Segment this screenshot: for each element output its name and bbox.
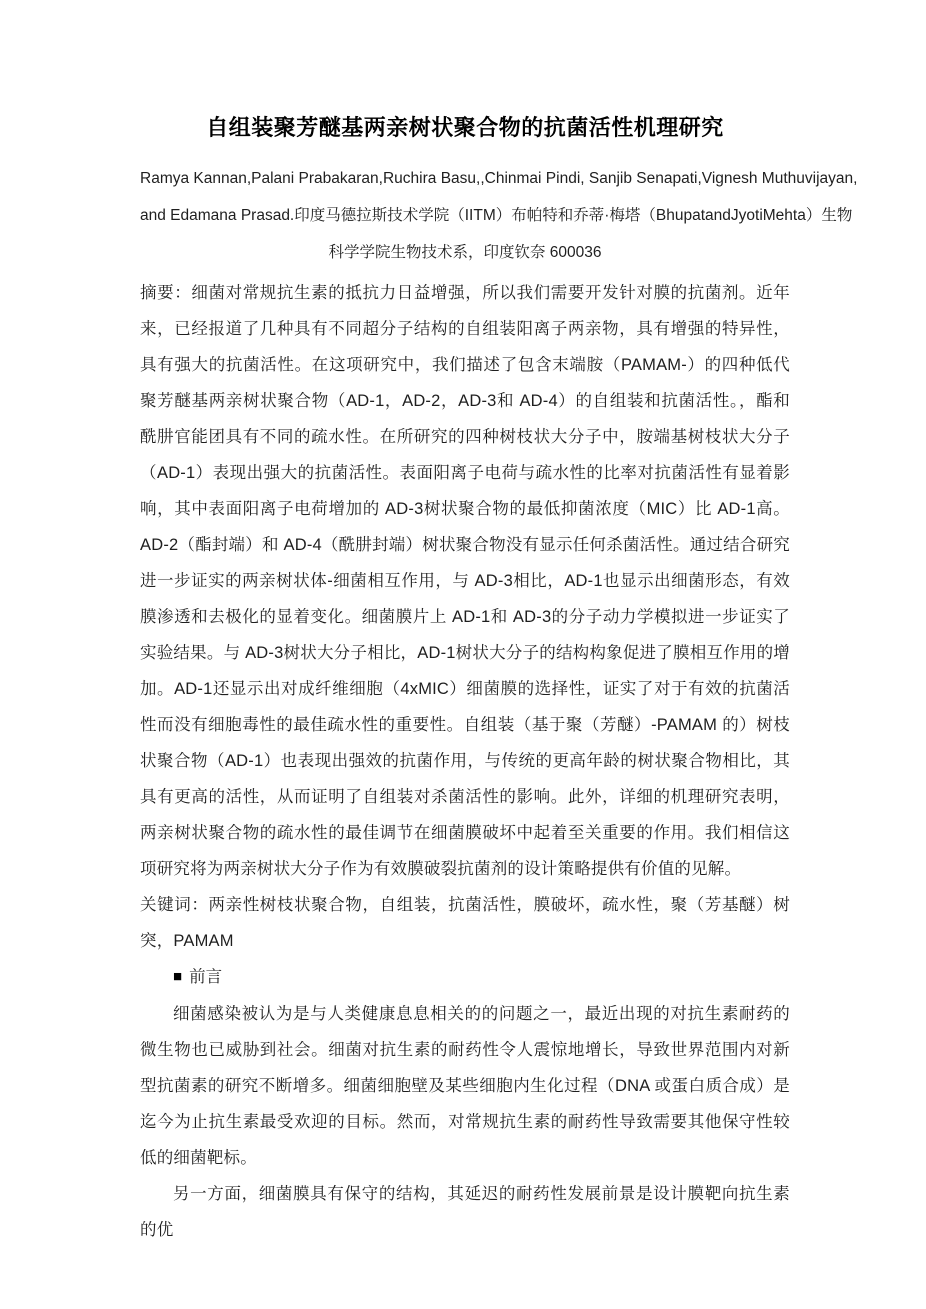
author-line-1: Ramya Kannan,Palani Prabakaran,Ruchira B… [140, 160, 790, 197]
document-page: 自组装聚芳醚基两亲树状聚合物的抗菌活性机理研究 Ramya Kannan,Pal… [0, 0, 926, 1309]
paper-title: 自组装聚芳醚基两亲树状聚合物的抗菌活性机理研究 [140, 112, 790, 144]
author-block: Ramya Kannan,Palani Prabakaran,Ruchira B… [140, 160, 790, 271]
intro-paragraph: 另一方面，细菌膜具有保守的结构，其延迟的耐药性发展前景是设计膜靶向抗生素的优 [140, 1176, 790, 1248]
section-heading-intro: ■前言 [173, 959, 790, 996]
author-line-3: 科学学院生物技术系，印度钦奈 600036 [140, 234, 790, 271]
abstract-paragraph: 摘要：细菌对常规抗生素的抵抗力日益增强，所以我们需要开发针对膜的抗菌剂。近年来，… [140, 275, 790, 887]
section-heading-label: 前言 [189, 968, 222, 986]
section-bullet-icon: ■ [173, 968, 182, 985]
author-line-2: and Edamana Prasad.印度马德拉斯技术学院（IITM）布帕特和乔… [140, 197, 790, 234]
intro-paragraph: 细菌感染被认为是与人类健康息息相关的的问题之一，最近出现的对抗生素耐药的微生物也… [140, 996, 790, 1176]
keywords-paragraph: 关键词：两亲性树枝状聚合物，自组装，抗菌活性，膜破坏，疏水性，聚（芳基醚）树突，… [140, 887, 790, 959]
